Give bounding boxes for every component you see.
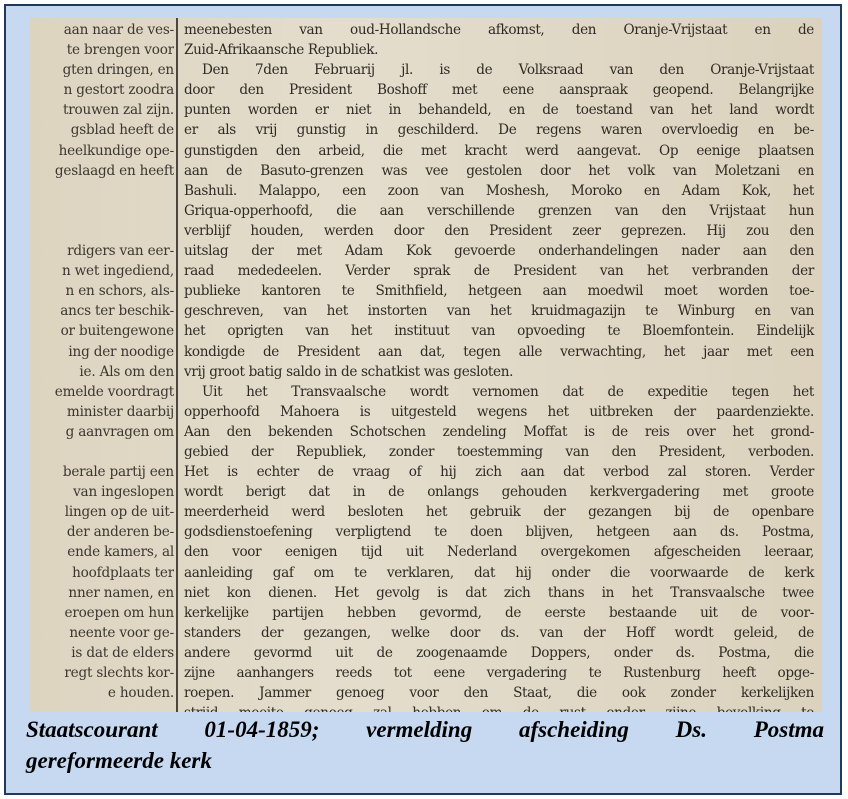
left-column-line: e houden. [30, 683, 174, 703]
newspaper-clipping: aan naar de ves-te brengen voorgten drin… [30, 18, 822, 712]
left-column-line [30, 442, 174, 462]
left-column-line: gsblad heeft de [30, 120, 174, 140]
article-line: kerkelijke partijen hebben gevormd, de e… [184, 603, 814, 623]
left-column-line: berale partij een [30, 462, 174, 482]
article-line: godsdienstoefening verpligtend te doen b… [184, 522, 814, 542]
article-line: aan de Basuto-grenzen was vee gestolen d… [184, 161, 814, 181]
article-line: raad mededeelen. Verder sprak de Preside… [184, 261, 814, 281]
left-column-line: n en schors, als- [30, 281, 174, 301]
left-column-line: n wet ingediend, [30, 261, 174, 281]
article-line: vrij groot batig saldo in de schatkist w… [184, 362, 814, 382]
article-line: standers der gezangen, welke door ds. va… [184, 623, 814, 643]
article-line: er als vrij gunstig in geschilderd. De r… [184, 120, 814, 140]
article-line: Het is echter de vraag of hij zich aan d… [184, 462, 814, 482]
article-line: roepen. Jammer genoeg voor den Staat, di… [184, 683, 814, 703]
article-line: opperhoofd Mahoera is uitgesteld wegens … [184, 402, 814, 422]
left-column-line: gten dringen, en [30, 60, 174, 80]
left-column-line: g aanvragen om [30, 422, 174, 442]
left-column-line: emelde voordragt [30, 382, 174, 402]
left-column-line: heelkundige ope- [30, 141, 174, 161]
article-line: Aan den bekenden Schotschen zendeling Mo… [184, 422, 814, 442]
left-column-line: or buitengewone [30, 321, 174, 341]
article-line: meenebesten van oud-Hollandsche afkomst,… [184, 20, 814, 40]
left-column-line: nner namen, en [30, 583, 174, 603]
column-divider [176, 18, 178, 712]
left-column-line [30, 181, 174, 201]
left-column-line: trouwen zal zijn. [30, 100, 174, 120]
left-column-line: aan naar de ves- [30, 20, 174, 40]
article-line: publieke kantoren te Smithfield, hetgeen… [184, 281, 814, 301]
article-line: aanleiding gaf om te verklaren, dat hij … [184, 563, 814, 583]
article-line: meerderheid werd besloten het gebruik de… [184, 502, 814, 522]
left-column-line: ende kamers, al [30, 542, 174, 562]
caption-frame: aan naar de ves-te brengen voorgten drin… [4, 4, 842, 795]
left-column-fragment: aan naar de ves-te brengen voorgten drin… [30, 18, 174, 712]
left-column-line: geslaagd en heeft [30, 161, 174, 181]
article-line: andere gevormd uit de zoogenaamde Dopper… [184, 643, 814, 663]
article-line: het oprigten van het instituut van opvoe… [184, 321, 814, 341]
article-line: kondigde de President aan dat, tegen all… [184, 342, 814, 362]
left-column-line: neente voor ge- [30, 623, 174, 643]
article-line: Griqua-opperhoofd, die aan verschillende… [184, 201, 814, 221]
article-line: Bashuli. Malappo, een zoon van Moshesh, … [184, 181, 814, 201]
left-column-line: der anderen be- [30, 522, 174, 542]
article-column: meenebesten van oud-Hollandsche afkomst,… [184, 18, 814, 712]
article-line: niet kon dienen. Het gevolg is dat zich … [184, 583, 814, 603]
left-column-line: ancs ter beschik- [30, 301, 174, 321]
article-line: den voor eenigen tijd uit Nederland over… [184, 542, 814, 562]
article-line: gebied der Republiek, zonder toestemming… [184, 442, 814, 462]
left-column-line: ing der noodige [30, 342, 174, 362]
article-line: gunstigden den arbeid, die met kracht we… [184, 141, 814, 161]
left-column-line: n gestort zoodra [30, 80, 174, 100]
left-column-line [30, 201, 174, 221]
left-column-line [30, 221, 174, 241]
article-line: uitslag der met Adam Kok gevoerde onderh… [184, 241, 814, 261]
caption-line-2: gereformeerde kerk [26, 745, 824, 776]
article-line: wordt berigt dat in de onlangs gehouden … [184, 482, 814, 502]
article-line: door den President Boshoff met eene aans… [184, 80, 814, 100]
caption-line-1: Staatscourant 01-04-1859; vermelding afs… [26, 714, 824, 745]
left-column-line: te brengen voor [30, 40, 174, 60]
left-column-line: minister daarbij [30, 402, 174, 422]
left-column-line: is dat de elders [30, 643, 174, 663]
left-column-line: hoofdplaats ter [30, 563, 174, 583]
left-column-line: rdigers van eer- [30, 241, 174, 261]
article-line: geschreven, van het instorten van het kr… [184, 301, 814, 321]
article-line: punten worden er niet in behandeld, en d… [184, 100, 814, 120]
article-line: strijd moeite genoeg zal hebben om de ru… [184, 703, 814, 712]
article-line: zijne aanhangers reeds tot eene vergader… [184, 663, 814, 683]
article-line: Uit het Transvaalsche wordt vernomen dat… [184, 382, 814, 402]
left-column-line: lingen op de uit- [30, 502, 174, 522]
left-column-line: regt slechts kor- [30, 663, 174, 683]
article-line: verblijf houden, werden door den Preside… [184, 221, 814, 241]
figure-caption: Staatscourant 01-04-1859; vermelding afs… [26, 714, 824, 776]
left-column-line: ie. Als om den [30, 362, 174, 382]
left-column-line: eroepen om hun [30, 603, 174, 623]
article-line: Zuid-Afrikaansche Republiek. [184, 40, 814, 60]
article-line: Den 7den Februarij jl. is de Volksraad v… [184, 60, 814, 80]
left-column-line: van ingeslopen [30, 482, 174, 502]
